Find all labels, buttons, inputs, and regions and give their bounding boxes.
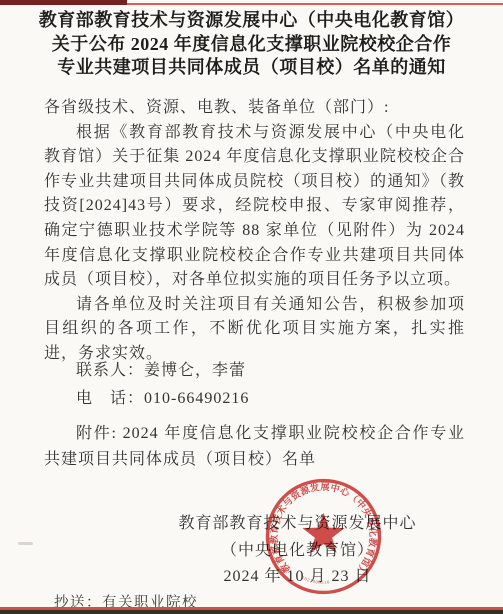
document-title: 教育部教育技术与资源发展中心（中央电化教育馆） 关于公布 2024 年度信息化支… [0,9,503,80]
contact-phone-line: 电 话：010-66490216 [76,385,249,413]
attachment-line: 附件: 2024 年度信息化支撑职业院校校企合作专业共建项目共同体成员（项目校）… [44,421,465,473]
contact-block: 联系人：姜博仑，李蕾 电 话：010-66490216 [76,357,249,412]
contact-phone-number: 010-66490216 [144,390,249,407]
official-seal: 教育部教育技术与资源发展中心（中央电化教育馆） 1021008510 [263,476,384,597]
scan-smudge [18,542,33,545]
title-line-3: 专业共建项目共同体成员（项目校）名单的通知 [0,56,503,80]
title-line-1: 教育部教育技术与资源发展中心（中央电化教育馆） [0,9,503,33]
contact-phone-label: 电 话： [76,390,144,407]
contact-person-label: 联系人： [76,362,144,379]
paragraph-basis: 根据《教育部教育技术与资源发展中心（中央电化教育馆）关于征集 2024 年度信息… [44,121,465,293]
top-rule-dark-segment [0,0,127,5]
document-page: 教育部教育技术与资源发展中心（中央电化教育馆） 关于公布 2024 年度信息化支… [0,0,503,614]
scan-bottom-edge [0,610,503,614]
body-text: 各省级技术、资源、电教、装备单位（部门）: 根据《教育部教育技术与资源发展中心（… [44,96,465,367]
seal-serial-number: 1021008510 [301,576,331,586]
seal-star-icon [302,513,344,553]
title-line-2: 关于公布 2024 年度信息化支撑职业院校校企合作 [0,33,503,57]
recipient-line: 各省级技术、资源、电教、装备单位（部门）: [44,96,465,121]
paragraph-request: 请各单位及时关注项目有关通知公告，积极参加项目组织的各项工作，不断优化项目实施方… [44,293,465,367]
contact-person-names: 姜博仑，李蕾 [144,362,246,379]
contact-person-line: 联系人：姜博仑，李蕾 [76,357,249,385]
